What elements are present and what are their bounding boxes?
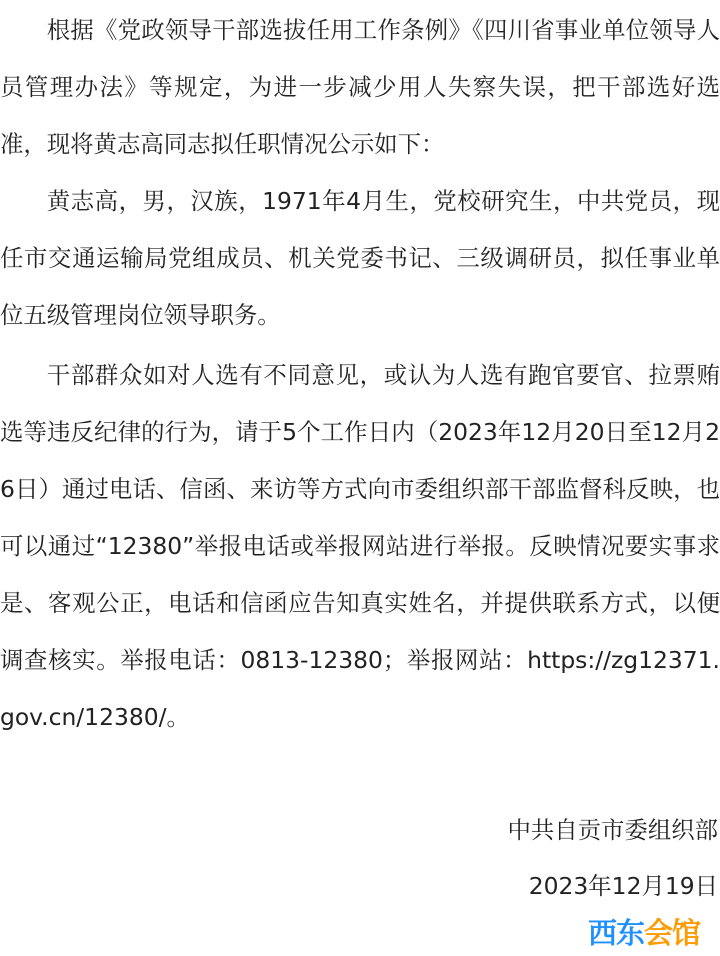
watermark-logo: 西东会馆 [588, 916, 700, 950]
paragraph-feedback-instructions: 干部群众如对人选有不同意见，或认为人选有跑官要官、拉票贿选等违反纪律的行为，请于… [0, 347, 720, 746]
watermark-part2: 会馆 [644, 916, 700, 950]
watermark-part1: 西东 [588, 916, 644, 950]
signature-date: 2023年12月19日 [529, 858, 718, 915]
announcement-document: 根据《党政领导干部选拔任用工作条例》《四川省事业单位领导人员管理办法》等规定，为… [0, 2, 720, 746]
paragraph-candidate-info: 黄志高，男，汉族，1971年4月生，党校研究生，中共党员，现任市交通运输局党组成… [0, 173, 720, 344]
signature-organization: 中共自贡市委组织部 [507, 802, 718, 859]
paragraph-intro: 根据《党政领导干部选拔任用工作条例》《四川省事业单位领导人员管理办法》等规定，为… [0, 2, 720, 173]
